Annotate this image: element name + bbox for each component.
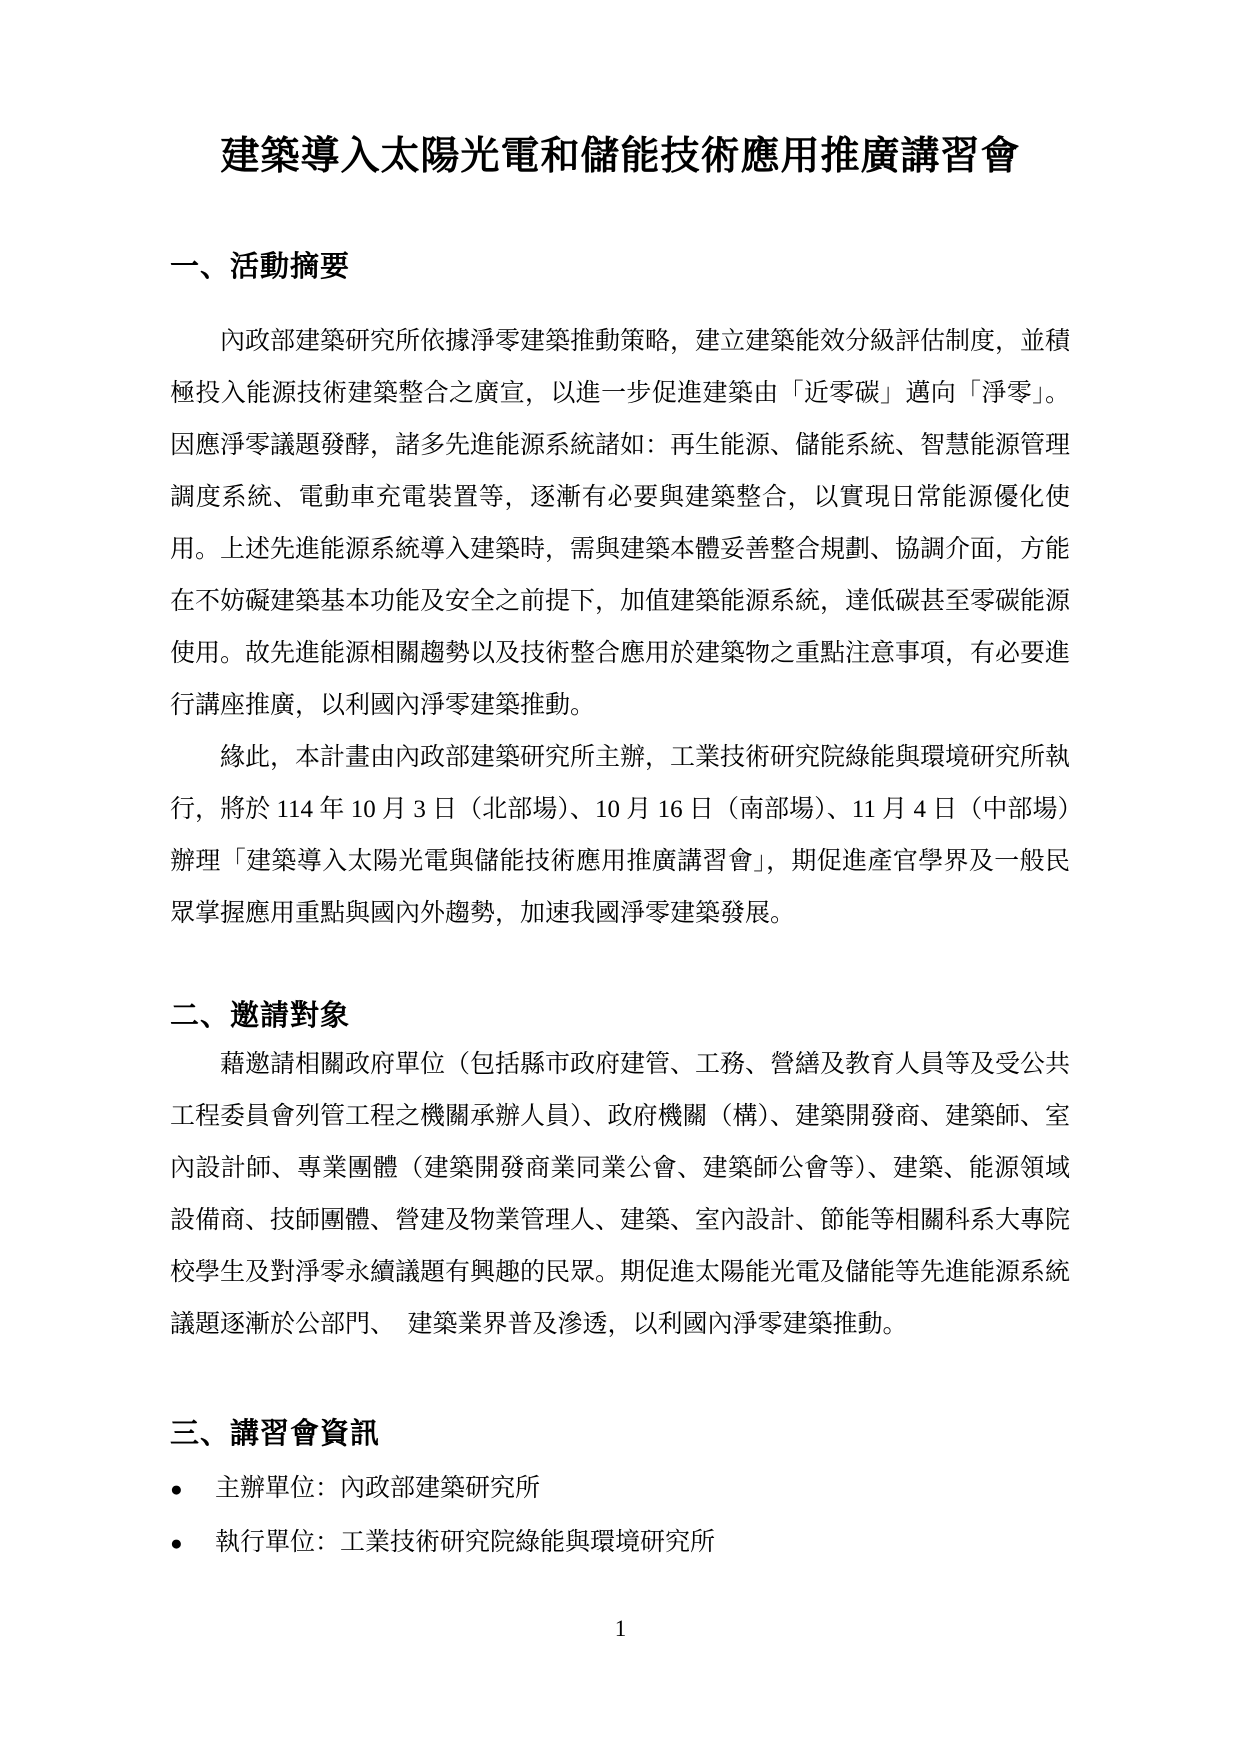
list-item-executor: ● 執行單位：工業技術研究院綠能與環境研究所 [170,1516,1070,1570]
section-heading-activity-summary: 一、活動摘要 [170,251,1070,283]
activity-summary-paragraph-2: 緣此，本計畫由內政部建築研究所主辦，工業技術研究院綠能與環境研究所執行，將於 1… [170,732,1070,940]
document-body: 一、活動摘要 內政部建築研究所依據淨零建築推動策略，建立建築能效分級評估制度，並… [170,251,1070,1570]
document-page: 建築導入太陽光電和儲能技術應用推廣講習會 一、活動摘要 內政部建築研究所依據淨零… [0,0,1241,1755]
list-item-organizer: ● 主辦單位：內政部建築研究所 [170,1462,1070,1516]
list-item-label: 主辦單位：內政部建築研究所 [215,1462,540,1515]
section-heading-invitees: 二、邀請對象 [170,1000,1070,1032]
page-number: 1 [0,1612,1241,1646]
activity-summary-paragraph-1: 內政部建築研究所依據淨零建築推動策略，建立建築能效分級評估制度，並積極投入能源技… [170,316,1070,732]
seminar-info-list: ● 主辦單位：內政部建築研究所 ● 執行單位：工業技術研究院綠能與環境研究所 [170,1462,1070,1570]
invitees-paragraph: 藉邀請相關政府單位（包括縣市政府建管、工務、營繕及教育人員等及受公共工程委員會列… [170,1039,1070,1351]
document-title: 建築導入太陽光電和儲能技術應用推廣講習會 [0,0,1241,179]
bullet-icon: ● [170,1517,215,1570]
section-heading-seminar-info: 三、講習會資訊 [170,1418,1070,1450]
bullet-icon: ● [170,1463,215,1516]
list-item-label: 執行單位：工業技術研究院綠能與環境研究所 [215,1516,715,1569]
